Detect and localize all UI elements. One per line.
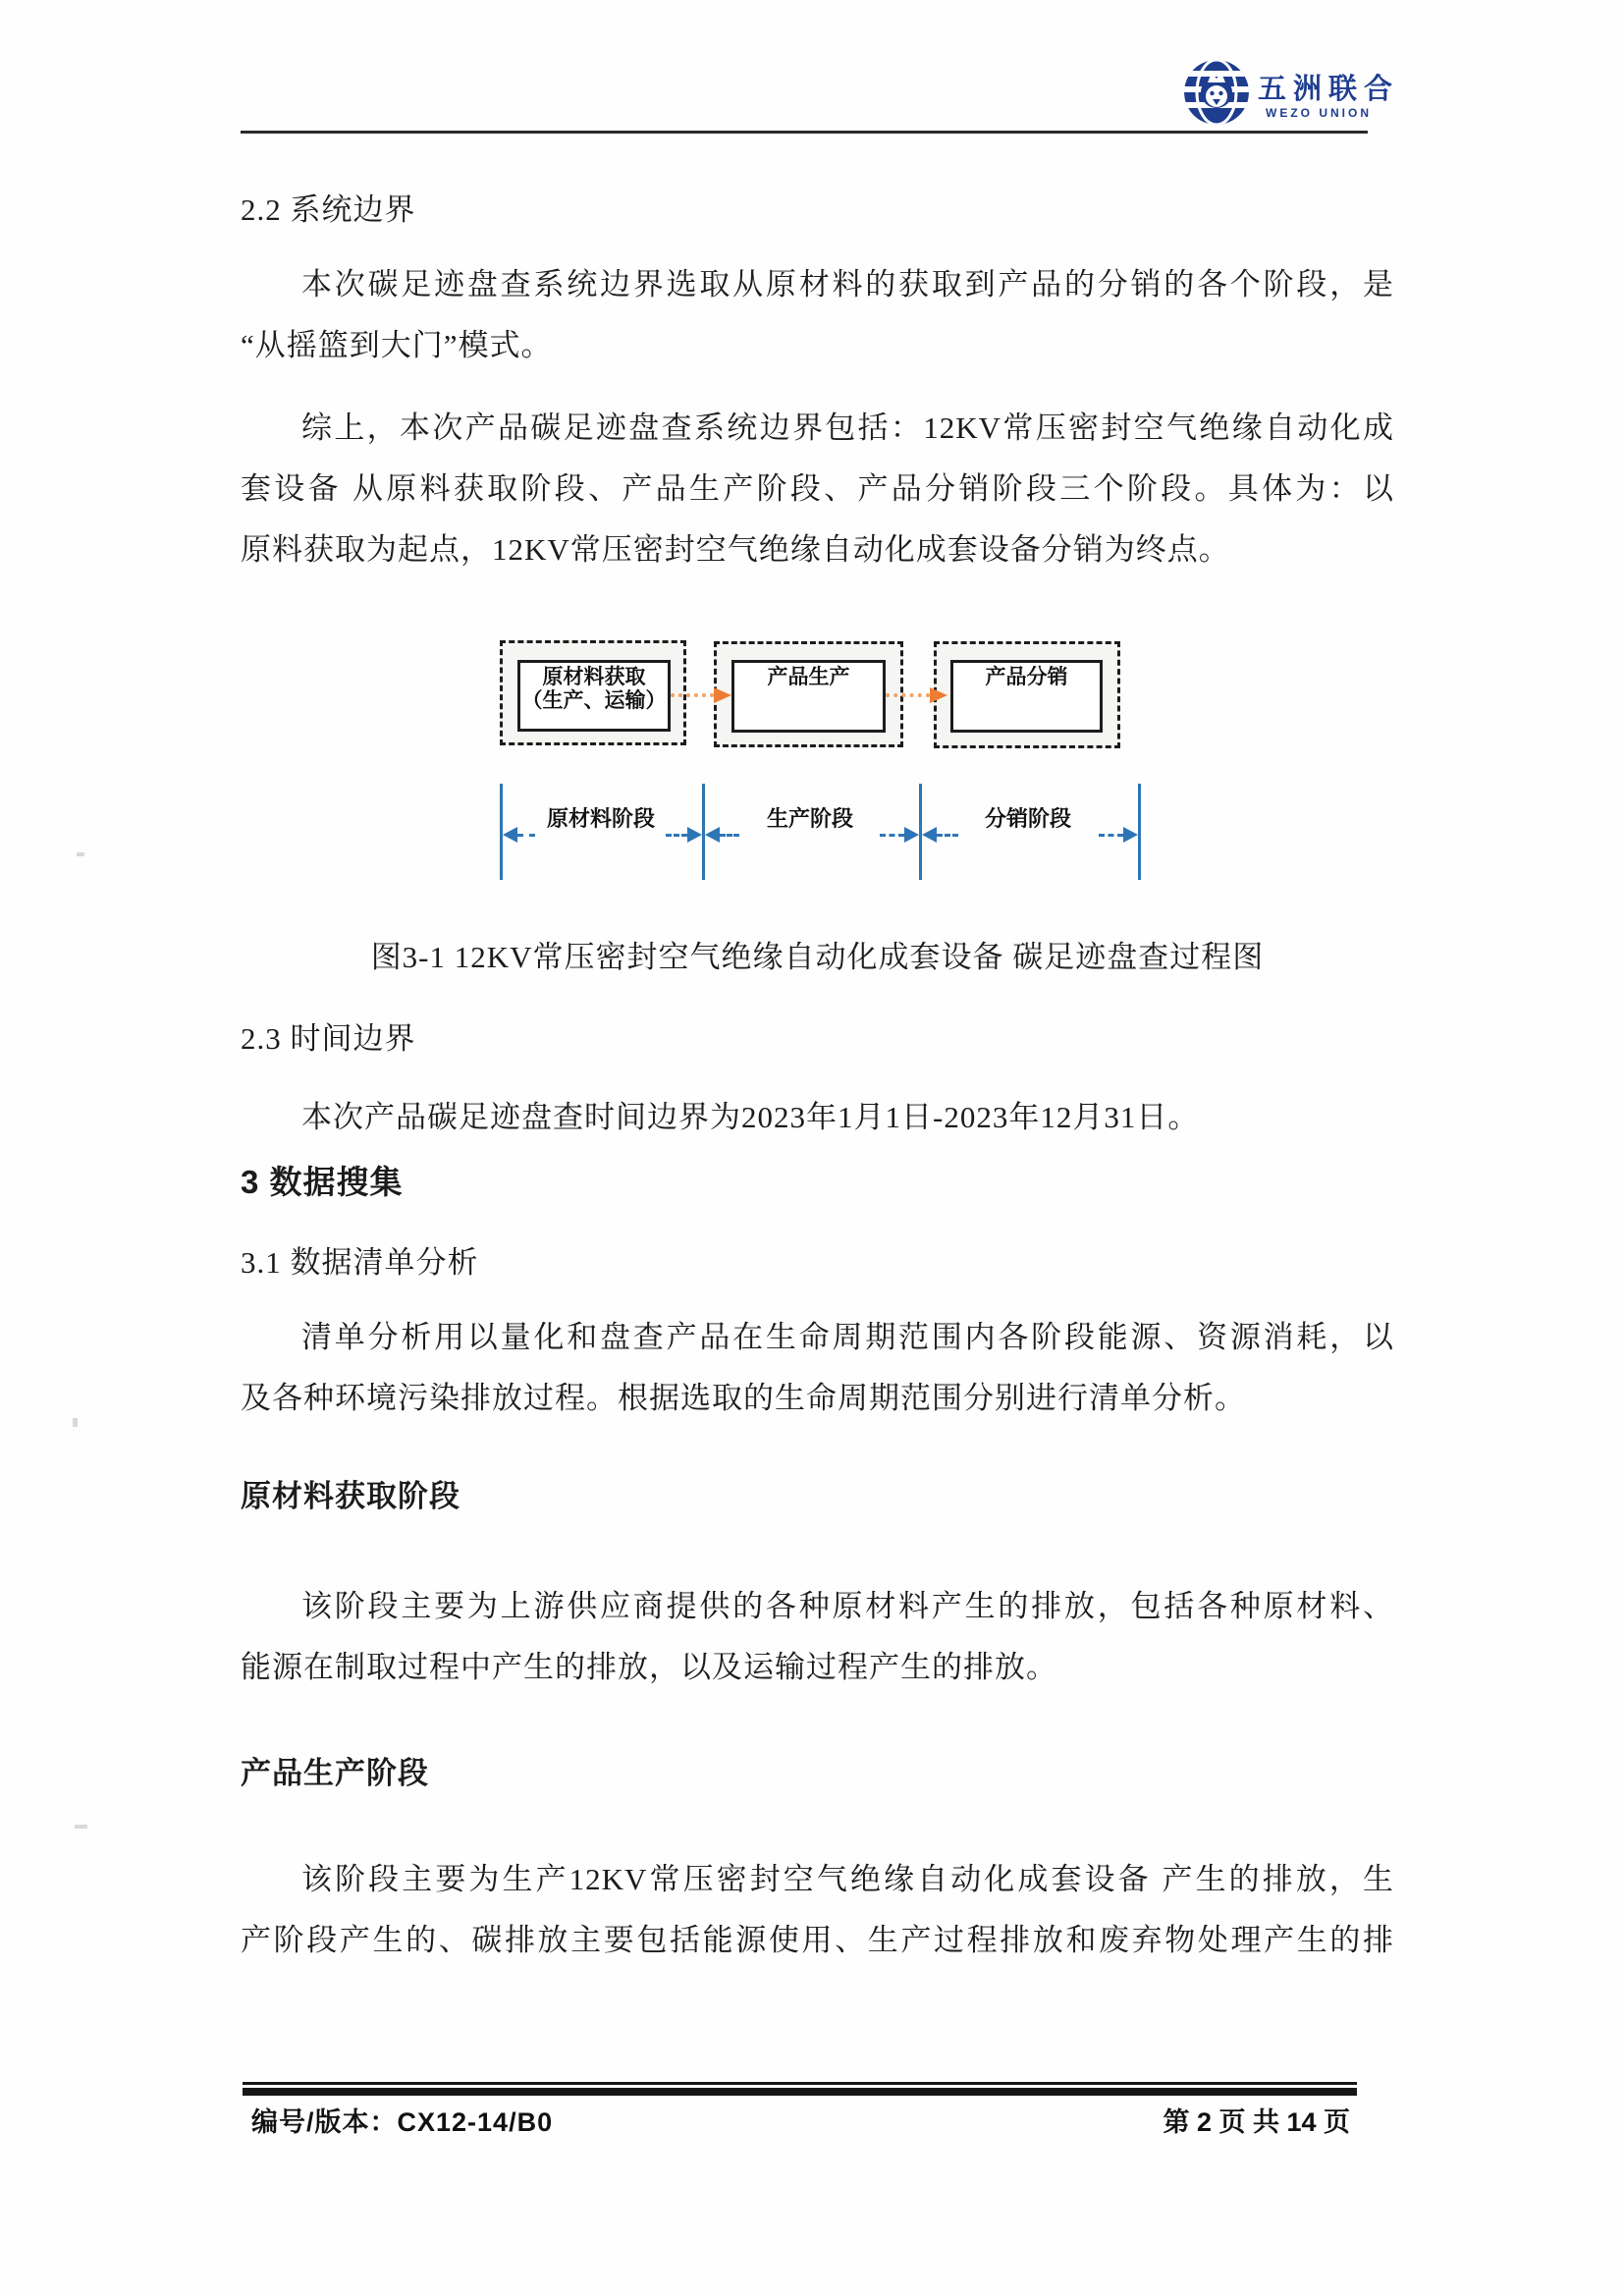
figure-caption: 图3-1 12KV常压密封空气绝缘自动化成套设备 碳足迹盘查过程图: [241, 936, 1394, 979]
stage-label-production: 生产阶段: [712, 802, 908, 833]
footer-page-number: 第 2 页 共 14 页: [1001, 2104, 1350, 2141]
footer-divider: [243, 2088, 1357, 2096]
paragraph-line: 该阶段主要为上游供应商提供的各种原材料产生的排放，包括各种原材料、: [241, 1585, 1394, 1628]
heading-raw-material-stage: 原材料获取阶段: [241, 1475, 1394, 1518]
logo-name-en: WEZO UNION: [1266, 106, 1372, 120]
paragraph-line: 本次碳足迹盘查系统边界选取从原材料的获取到产品的分销的各个阶段，是: [241, 263, 1394, 306]
footer-divider: [243, 2082, 1357, 2085]
document-page: 五洲联合 WEZO UNION 2.2 系统边界 本次碳足迹盘查系统边界选取从原…: [0, 0, 1623, 2296]
paragraph-line: 综上，本次产品碳足迹盘查系统边界包括：12KV常压密封空气绝缘自动化成: [241, 407, 1394, 450]
paragraph-line: 套设备 从原料获取阶段、产品生产阶段、产品分销阶段三个阶段。具体为：以: [241, 467, 1394, 511]
heading-production-stage: 产品生产阶段: [241, 1752, 1394, 1795]
flow-arrow-icon: [671, 687, 731, 703]
section-3-1-title: 3.1 数据清单分析: [241, 1241, 1394, 1285]
box-distribution: 产品分销: [950, 660, 1103, 733]
header-divider: [241, 131, 1368, 134]
paragraph-line: 本次产品碳足迹盘查时间边界为2023年1月1日-2023年12月31日。: [241, 1096, 1394, 1139]
box-raw-material-line1: 原材料获取: [520, 666, 668, 689]
footer-doc-number: 编号/版本：CX12-14/B0: [251, 2104, 553, 2141]
box-production: 产品生产: [731, 660, 886, 733]
paragraph-line: 该阶段主要为生产12KV常压密封空气绝缘自动化成套设备 产生的排放，生: [241, 1858, 1394, 1901]
globe-lion-icon: [1183, 59, 1250, 126]
paragraph-line: 及各种环境污染排放过程。根据选取的生命周期范围分别进行清单分析。: [241, 1377, 1394, 1420]
box-production-label: 产品生产: [734, 666, 883, 689]
stage-label-distribution: 分销阶段: [930, 802, 1126, 833]
scan-artifact: [77, 852, 84, 856]
boundary-line: [1138, 784, 1141, 880]
company-logo: 五洲联合 WEZO UNION: [1183, 55, 1380, 130]
box-raw-material: 原材料获取 （生产、运输）: [517, 660, 671, 732]
stage-label-raw-material: 原材料阶段: [503, 802, 699, 833]
paragraph-line: 产阶段产生的、碳排放主要包括能源使用、生产过程排放和废弃物处理产生的排: [241, 1919, 1394, 1962]
box-raw-material-line2: （生产、运输）: [520, 689, 668, 713]
paragraph-line: 能源在制取过程中产生的排放，以及运输过程产生的排放。: [241, 1646, 1394, 1689]
section-2-2-title: 2.2 系统边界: [241, 189, 1394, 232]
scan-artifact: [73, 1418, 78, 1427]
paragraph-line: 原料获取为起点，12KV常压密封空气绝缘自动化成套设备分销为终点。: [241, 528, 1394, 572]
paragraph-line: “从摇篮到大门”模式。: [241, 324, 1394, 367]
section-2-3-title: 2.3 时间边界: [241, 1017, 1394, 1061]
box-distribution-label: 产品分销: [953, 666, 1100, 689]
scan-artifact: [75, 1825, 87, 1829]
flow-arrow-icon: [886, 687, 947, 703]
logo-name-cn: 五洲联合: [1258, 67, 1399, 107]
paragraph-line: 清单分析用以量化和盘查产品在生命周期范围内各阶段能源、资源消耗，以: [241, 1316, 1394, 1359]
process-diagram: 原材料获取 （生产、运输） 产品生产 产品分销 原材料阶段 生产阶段 分销阶段: [452, 633, 1178, 889]
section-3-title: 3 数据搜集: [241, 1161, 1394, 1204]
